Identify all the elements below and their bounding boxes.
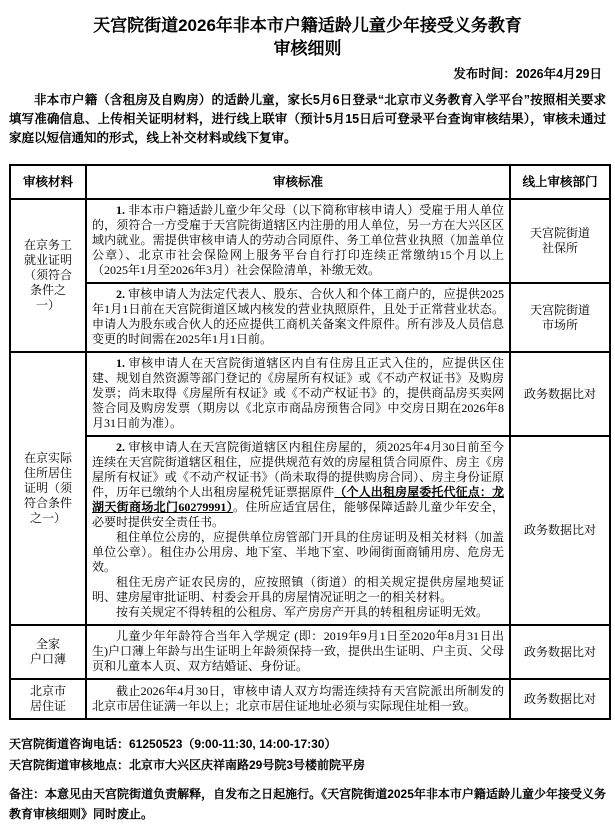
table-row-residence-permit: 北京市 居住证 截止2026年4月30日，审核申请人双方均需连续持有天宫院派出所… (10, 679, 610, 719)
review-address-line: 天宫院街道审核地点：北京市大兴区庆祥南路29号院3号楼前院平房 (9, 755, 606, 776)
standard-text: 非本市户籍适龄儿童少年父母（以下简称审核申请人）受雇于用人单位的，须符合一方受雇… (92, 203, 504, 277)
material-employment-proof: 在京务工 就业证明 （须符合 条件之 一） (10, 199, 86, 352)
standard-text: 截止2026年4月30日，审核申请人双方均需连续持有天宫院派出所制发的北京市居住… (92, 684, 504, 714)
dept-data-compare: 政务数据比对 (510, 625, 610, 679)
standard-hukou: 儿童少年年龄符合当年入学规定 (即：2019年9月1日至2020年8月31日出生… (86, 625, 510, 679)
standard-residence-permit: 截止2026年4月30日，审核申请人双方均需连续持有天宫院派出所制发的北京市居住… (86, 679, 510, 719)
table-row-residence-2: 2. 审核申请人在天宫院街道辖区内租住房屋的，须2025年4月30日前至今连续在… (10, 436, 610, 625)
standard-residence-item1: 1. 审核申请人在天宫院街道辖区内自有住房且正式入住的，应提供区住建、规划自然资… (86, 352, 510, 436)
table-row-employment-1: 在京务工 就业证明 （须符合 条件之 一） 1. 非本市户籍适龄儿童少年父母（以… (10, 199, 610, 283)
header-material: 审核材料 (10, 165, 86, 199)
standard-employment-item1: 1. 非本市户籍适龄儿童少年父母（以下简称审核申请人）受雇于用人单位的，须符合一… (86, 199, 510, 283)
standard-text-paragraph: 按有关规定不得转租的公租房、军产房房产开具的转租租房证明无效。 (92, 605, 504, 620)
table-header-row: 审核材料 审核标准 线上审核部门 (10, 165, 610, 199)
material-hukou-booklet: 全家 户口薄 (10, 625, 86, 679)
standard-text: 儿童少年年龄符合当年入学规定 (即：2019年9月1日至2020年8月31日出生… (92, 629, 504, 674)
consult-phone-line: 天宫院街道咨询电话：61250523（9:00-11:30, 14:00-17:… (9, 734, 606, 755)
table-row-employment-2: 2. 审核申请人为法定代表人、股东、合伙人和个体工商户的，应提供2025年1月1… (10, 283, 610, 352)
dept-shebaosuo: 天宫院街道 社保所 (510, 199, 610, 283)
review-criteria-table: 审核材料 审核标准 线上审核部门 在京务工 就业证明 （须符合 条件之 一） 1… (9, 164, 611, 720)
standard-text: 审核申请人为法定代表人、股东、合伙人和个体工商户的，应提供2025年1月1日前在… (92, 287, 504, 346)
dept-shichangsuo: 天宫院街道 市场所 (510, 283, 610, 352)
table-row-hukou: 全家 户口薄 儿童少年年龄符合当年入学规定 (即：2019年9月1日至2020年… (10, 625, 610, 679)
remark-note: 备注：本意见由天宫院街道负责解释，自发布之日起施行。《天宫院街道2025年非本市… (9, 784, 606, 824)
intro-paragraph: 非本市户籍（含租房及自购房）的适龄儿童，家长5月6日登录“北京市义务教育入学平台… (9, 91, 606, 148)
page-title: 天宫院街道2026年非本市户籍适龄儿童少年接受义务教育 审核细则 (9, 14, 606, 60)
dept-data-compare: 政务数据比对 (510, 679, 610, 719)
dept-data-compare: 政务数据比对 (510, 352, 610, 436)
item-number: 1. (116, 203, 125, 217)
standard-text-paragraph: 租住无房产证农民房的，应按照镇（街道）的相关规定提供房屋地契证明、建房屋审批证明… (92, 575, 504, 605)
header-standard: 审核标准 (86, 165, 510, 199)
header-department: 线上审核部门 (510, 165, 610, 199)
material-residence-proof: 在京实际 住所居住 证明（须 符合条件 之一） (10, 352, 86, 625)
standard-employment-item2: 2. 审核申请人为法定代表人、股东、合伙人和个体工商户的，应提供2025年1月1… (86, 283, 510, 352)
standard-text-paragraph: 租住单位公房的，应提供单位房管部门开具的住房证明及相关材料（加盖单位公章）。租住… (92, 530, 504, 575)
item-number: 1. (116, 356, 125, 370)
item-number: 2. (116, 440, 125, 454)
table-row-residence-1: 在京实际 住所居住 证明（须 符合条件 之一） 1. 审核申请人在天宫院街道辖区… (10, 352, 610, 436)
dept-data-compare: 政务数据比对 (510, 436, 610, 625)
standard-text: 审核申请人在天宫院街道辖区内自有住房且正式入住的，应提供区住建、规划自然资源等部… (92, 356, 504, 430)
item-number: 2. (116, 287, 125, 301)
publish-date: 发布时间：2026年4月29日 (9, 64, 606, 82)
standard-residence-item2: 2. 审核申请人在天宫院街道辖区内租住房屋的，须2025年4月30日前至今连续在… (86, 436, 510, 625)
footer: 天宫院街道咨询电话：61250523（9:00-11:30, 14:00-17:… (9, 734, 606, 824)
material-beijing-residence-permit: 北京市 居住证 (10, 679, 86, 719)
